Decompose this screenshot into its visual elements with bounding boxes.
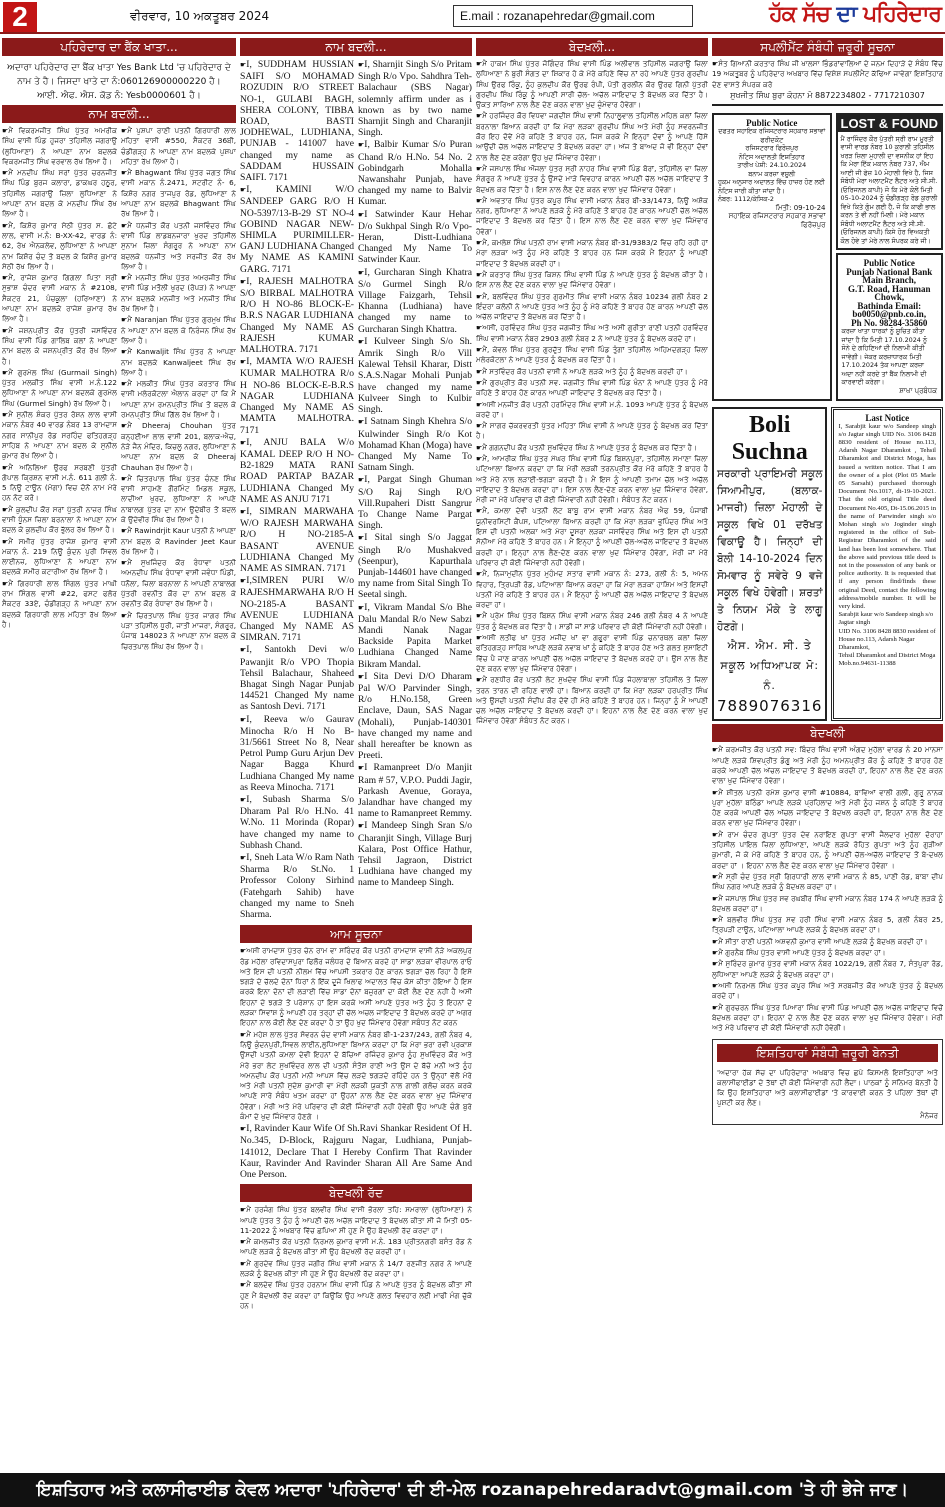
bank-phone: Ph No. 98284-35860 <box>842 319 938 328</box>
name-change-header-english: ਨਾਮ ਬਦਲੀ... <box>240 38 472 56</box>
list-item: I, RAJESH MALHOTRA S/O BIRBAL MALHOTRA R… <box>240 276 354 355</box>
name-change-right: ਮੈਂ ਪੁਸ਼ਪਾ ਰਾਣੀ ਪਤਨੀ ਗਿਰਧਾਰੀ ਲਾਲ ਮਹਿਤਾ ਵ… <box>121 126 236 653</box>
list-item: ਮੈਂ ਸਮੀਰ ਪੁੱਤਰ ਰਾਜੇਸ਼ ਕੁਮਾਰ ਵਾਸੀ ਮਕਾਨ ਨੰ… <box>2 537 117 578</box>
list-item: ਮੈਂ, ਕਮਲੇਸ਼ ਸਿੰਘ ਪਤਨੀ ਰਾਮ ਵਾਸੀ ਮਕਾਨ ਨੰਬਰ… <box>476 238 708 269</box>
english-name-change-listing: I, SUDDHAM HUSSIAN SAIFI S/O MOHAMAD ROZ… <box>240 59 472 921</box>
list-item: ਮੈਂ ਸੁਨੀਲ ਸ਼ੰਕਰ ਪੁੱਤਰ ਰੋਸ਼ਨ ਲਾਲ ਵਾਸੀ ਮਕਾ… <box>2 410 117 461</box>
eviction-cancel-header: ਬੇਦਖਲੀ ਰੱਦ <box>240 1184 472 1202</box>
public-notice-court: Public Notice ਦਫਤਰ ਸਹਾਇਕ ਰਜਿਸਟਰਾਰ ਸਹਕਾਰ … <box>712 113 832 402</box>
list-item: ਮੈਂ Dheeraj Chouhan ਪੁੱਤਰ ਕਨ੍ਹਈਆ ਲਾਲ ਵਾਸ… <box>121 421 236 472</box>
bank-line-1: ਅਦਾਰਾ ਪਹਿਰੇਦਾਰ ਦਾ ਬੈਂਕ ਖਾਤਾ Yes Bank Ltd… <box>5 61 233 89</box>
bank-account-info: ਅਦਾਰਾ ਪਹਿਰੇਦਾਰ ਦਾ ਬੈਂਕ ਖਾਤਾ Yes Bank Ltd… <box>2 59 236 105</box>
notice-line: ਦਫਤਰ ਸਹਾਇਕ ਰਜਿਸਟਰਾਰ ਸਹਕਾਰ ਸਭਾਵਾਂ ਫਰੀਦਕੋਟ <box>718 127 826 144</box>
list-item: I, Sharnjit Singh S/o Pritam Singh R/o V… <box>358 59 472 138</box>
list-item: I, Subash Sharma S/o Dharam Pal R/o H.No… <box>240 794 354 851</box>
bank-address: G.T. Road, Hanuman Chowk, <box>842 285 938 302</box>
list-item: ਮੈਂ, ਰਾਜੇਸ਼ ਕੁਮਾਰ ਗਿਗਲਾ ਪਿਤਾ ਸ੍ਰੀ ਸੁਭਾਸ਼… <box>2 273 117 324</box>
list-item: I, KAMINI W/O SANDEEP GARG R/O H NO-5397… <box>240 184 354 275</box>
page-number: 2 <box>3 2 37 32</box>
list-item: ਅਸੀਂ ਲਤੀਫ ਖਾਂ ਪੁੱਤਰ ਮਜੀਦ ਖਾਂ ਵਾ ਗਫੂਰਾ ਵਾ… <box>476 633 708 674</box>
list-item: ਮੈਂ ਮਨਜੀਤ ਸਿੰਘ ਪੁੱਤਰ ਅਮਰਜੀਤ ਸਿੰਘ ਵਾਸੀ ਪਿ… <box>121 273 236 314</box>
lost-found-title: LOST & FOUND <box>838 115 942 132</box>
column-2: ਨਾਮ ਬਦਲੀ... I, SUDDHAM HUSSIAN SAIFI S/O… <box>240 38 472 1469</box>
supplement-text: ਸੰਤ ਗਿਆਨੀ ਕਰਤਾਰ ਸਿੰਘ ਜੀ ਖਾਲਸਾ ਭਿੰਡਰਾਂਵਾਲ… <box>712 59 943 90</box>
list-item: ਮੈਂ ਸ਼ੀਤਲ ਪਤਨੀ ਰਮੇਸ਼ ਕੁਮਾਰ ਵਾਸੀ #10884, … <box>712 788 943 829</box>
list-item: ਮੈਂ ਗੁਰਦੇਵ ਸਿੰਘ ਪੁੱਤਰ ਜਗੀਰ ਸਿੰਘ ਵਾਸੀ ਮਕਾ… <box>240 1259 472 1280</box>
list-item: ਅਸੀਂ ਮਨਜੀਤ ਕੌਰ ਪਤਨੀ ਹਰਮਿੰਦਰ ਸਿੰਘ ਵਾਸੀ ਮ.… <box>476 400 708 421</box>
issue-date: ਵੀਰਵਾਰ, 10 ਅਕਤੂਬਰ 2024 <box>130 9 269 24</box>
list-item: ਮੈਂ, ਕਮਲਾ ਦੇਵੀ ਪਤਨੀ ਲੇਟ ਬਾਬੂ ਰਾਮ ਵਾਸੀ ਮਕ… <box>476 506 708 568</box>
english-right: I, Sharnjit Singh S/o Pritam Singh R/o V… <box>358 59 472 921</box>
column-3: ਬੇਦਖ਼ਲੀ... ਮੈਂ ਹਾਕਮ ਸਿੰਘ ਪੁੱਤਰ ਜੋਗਿੰਦਰ ਸ… <box>476 38 708 1469</box>
list-item: I, Balbir Kumar S/o Puran Chand R/o H.No… <box>358 139 472 207</box>
list-item: ਮੈਂ ਮਨਦੀਪ ਸਿੰਘ ਸਰਾਂ ਪੁੱਤਰ ਚਰਨਜੀਤ ਸਿੰਘ ਪਿ… <box>2 168 117 219</box>
boli-body: ਸਰਕਾਰੀ ਪ੍ਰਾਇਮਰੀ ਸਕੂਲ ਸਿਆਮੀਪੁਰ, (ਬਲਾਕ-ਮਾਜ… <box>717 466 822 636</box>
list-item: ਮੈਂ ਬਲਦੇਵ ਸਿੰਘ ਪੁੱਤਰ ਹਰਨਾਮ ਸਿੰਘ ਵਾਸੀ ਪਿੰ… <box>240 1280 472 1311</box>
bank-name: Punjab National Bank Main Branch, <box>842 268 938 285</box>
notice-footer-line: Sarabjit kaur w/o Sandeep singh s/o Jagt… <box>838 611 936 627</box>
list-item: ਮੈਂ ਗੁਰਮੇਲ ਸਿੰਘ (Gurmail Singh) ਪੁੱਤਰ ਮਲ… <box>2 368 117 409</box>
list-item: I, SIMRAN MARWAHA W/O RAJESH MARWAHA R/O… <box>240 506 354 574</box>
list-item: ਮੈਂ ਚਿਰਤਪਾਲ ਸਿੰਘ ਪੁੱਤਰ ਜਾਗਰ ਸਿੰਘ ਪੜਾ ਤਹਿ… <box>121 611 236 652</box>
newspaper-logo: ਹੱਕ ਸੱਚ ਦਾ ਪਹਿਰੇਦਾਰ <box>769 2 941 27</box>
list-item: I, SUDDHAM HUSSIAN SAIFI S/O MOHAMAD ROZ… <box>240 59 354 183</box>
list-item: I Sita Devi D/O Dharam Pal W/O Parvinder… <box>358 671 472 762</box>
advertisement-disclaimer: ਇਸ਼ਤਿਹਾਰਾਂ ਸੰਬੰਧੀ ਜ਼ਰੂਰੀ ਬੇਨਤੀ 'ਅਦਾਰਾ ਹੱ… <box>712 1039 943 1125</box>
list-item: ਅਸੀਂ ਰਾਮਦਾਸ ਪੁੱਤਰ ਚੇਨ ਰਾਮ ਵਾ ਸਰਿੰਦਰ ਕੌਰ … <box>240 946 472 1028</box>
lost-and-found: LOST & FOUND ਮੈਂ ਰਾਜਿੰਦਰ ਕੌਰ ਪੁੱਤਰੀ ਸ੍ਰੀ… <box>836 113 944 251</box>
name-change-listing: ਮੈਂ ਵਿਕਰਮਜੀਤ ਸਿੰਘ ਪੁੱਤਰ ਅਮਰੀਕ ਸਿੰਘ ਵਾਸੀ … <box>2 126 236 653</box>
list-item: ਮੈਂ ਸੁਖਜਿੰਦਰ ਕੌਰ ਰੰਧਾਵਾ ਪਤਨੀ ਅਮਨਦੀਪ ਸਿੰਘ… <box>121 558 236 609</box>
list-item: ਮੈਂ ਹਰਜੰਗ ਸਿੰਘ ਪੁੱਤਰ ਬਲਵੀਰ ਸਿੰਘ ਵਾਸੀ ਭੋਰ… <box>240 1205 472 1236</box>
notice-dated: ਮਿਤੀ: 09-10-24 <box>718 204 826 213</box>
bank-account-header: ਪਹਿਰੇਦਾਰ ਦਾ ਬੈਂਕ ਖਾਤਾ... <box>2 38 236 56</box>
notice-line: ਨੋਟਿਸ ਅਦਾਲਤੀ ਇਸ਼ਤਿਹਾਰ <box>718 153 826 162</box>
notice-line: ਬਨਾਮ ਕਰਜ਼ਾ ਵਸੂਲੀ <box>718 170 826 179</box>
public-notice-bank: Public Notice Punjab National Bank Main … <box>836 253 944 401</box>
disclaimer-signature: ਮੈਨੇਜਰ <box>713 1112 942 1124</box>
list-item: ਮੈਂ ਰਾਮ ਚੰਦਰ ਗੁਪਤਾ ਪੁੱਤਰ ਦੇਵ ਨਰਾਇਣ ਗੁਪਤਾ… <box>712 830 943 871</box>
list-item: I Satwinder Kaur Hehar D/o Sukhpal Singh… <box>358 209 472 266</box>
list-item: ਮੈਂ ਜਸਪਾਲ ਸਿੰਘ ਔਜਲਾ ਪੁੱਤਰ ਸ੍ਰੀ ਨਾਹਰ ਸਿੰਘ… <box>476 164 708 195</box>
list-item: ਮੈਂ ਪ੍ਰੇਮ ਸਿੰਘ ਪੁੱਤਰ ਬਿਸ਼ਨ ਸਿੰਘ ਵਾਸੀ ਮਕਾ… <box>476 611 708 632</box>
list-item: ਮੈਂ ਧਨਜੀਤ ਕੌਰ ਪਤਨੀ ਜਸਵਿੰਦਰ ਸਿੰਘ ਵਾਸੀ ਪਿੰ… <box>121 221 236 272</box>
list-item: I Sital singh S/o Jaggat Singh R/o Musha… <box>358 532 472 600</box>
list-item: ਮੈਂ, ਨਿਜਾਮੁਦੀਨ ਪੁੱਤਰ ਮੁਹੰਮਦ ਸਤਾਰ ਵਾਸੀ ਮਕ… <box>476 569 708 610</box>
list-item: ਮੈਂ ਸ੍ਰੀ ਚੰਦ ਪੁੱਤਰ ਸ੍ਰੀ ਗਿਰਧਾਰੀ ਲਾਲ ਵਾਸੀ… <box>712 872 943 893</box>
public-notice-header: ਆਮ ਸੂਚਨਾ <box>240 925 472 943</box>
list-item: I Satnam Singh Khehra S/o Kulwinder Sing… <box>358 416 472 473</box>
boli-title: Boli Suchna <box>717 412 822 466</box>
supplement-header: ਸਪਲੀਮੈਂਟ ਸੰਬੰਧੀ ਜ਼ਰੂਰੀ ਸੂਚਨਾ <box>712 38 943 56</box>
list-item: I, Santokh Devi w/o Pawanjit R/o VPO Tho… <box>240 644 354 712</box>
list-item: ਮੈਂ ਗੁਰਪ੍ਰੀਤ ਕੌਰ ਪਤਨੀ ਸਵ. ਜਗਜੀਤ ਸਿੰਘ ਵਾਸ… <box>476 378 708 399</box>
column-1: ਪਹਿਰੇਦਾਰ ਦਾ ਬੈਂਕ ਖਾਤਾ... ਅਦਾਰਾ ਪਹਿਰੇਦਾਰ … <box>2 38 236 1469</box>
list-item: ਮੈਂ Rawindrjit Kaur ਪਤਨੀ ਨੇ ਆਪਣਾ ਨਾਮ ਬਦਲ… <box>121 526 236 557</box>
list-item: ਮੈਂ, ਕਿਸ਼ੋਰ ਕੁਮਾਰ ਸੇਠੀ ਪੁੱਤਰ ਸ. ਛੋਟੇ ਲਾਲ… <box>2 221 117 272</box>
bank-line-2: ਆਈ. ਐਫ. ਐਸ. ਕੋਡ ਨੰ: Yesb0000601 ਹੈ। <box>5 89 233 103</box>
notice-footer-line: UID No. 3106 8428 8830 resident of House… <box>838 628 936 653</box>
list-item: ਅਸੀਂ ਨਿਰਮਲ ਸਿੰਘ ਪੁੱਤਰ ਕਪੂਰ ਸਿੰਘ ਅਤੇ ਸਰਬਜ… <box>712 981 943 1002</box>
list-item: ਮੈਂ ਕਮਲਜੀਤ ਕੌਰ ਪਤਨੀ ਨਿਰਮਲ ਕੁਮਾਰ ਵਾਸੀ ਮ.ਨ… <box>240 1237 472 1258</box>
notice-title: Last Notice <box>838 414 936 422</box>
notice-title: Public Notice <box>718 119 826 128</box>
list-item: ਮੈਂ ਚਿਤਰਪਾਲ ਸਿੰਘ ਪੁੱਤਰ ਚੰਨਣ ਸਿੰਘ ਵਾਸੀ ਸਾ… <box>121 474 236 525</box>
list-item: ਮੈਂ ਕੁਲਦੀਪ ਕੌਰ ਸਰਾਂ ਪੁੱਤਰੀ ਨਾਜ਼ਰ ਸਿੰਘ ਵਾ… <box>2 505 117 536</box>
list-item: ਮੈਂ ਗੁਰਚਰਨ ਸਿੰਘ ਪੁੱਤਰ ਪਿਆਰਾ ਸਿੰਘ ਵਾਸੀ ਪਿ… <box>712 1003 943 1034</box>
supplement-contact: ਸੁਖਜੀਤ ਸਿੰਘ ਬੁਰਾ ਕੋਹਨਾ ਮੋ 8872234802 - 7… <box>712 91 943 106</box>
list-item: ਮੈਂ ਸੁਰਿੰਦਰ ਕੁਮਾਰ ਪੁੱਤਰ ਵਾਸੀ ਮਕਾਨ ਨੰਬਰ 1… <box>712 959 943 980</box>
boli-phone: 7889076316 <box>717 696 822 716</box>
logo-mid: ਦਾ <box>837 2 857 27</box>
logo-right: ਪਹਿਰੇਦਾਰ <box>863 2 941 27</box>
list-item: ਮੈਂ, ਕੇਵਲ ਸਿੰਘ ਪੁੱਤਰ ਗੁਰਦੁੱਤ ਸਿੰਘ ਵਾਸੀ ਪ… <box>476 345 708 366</box>
list-item: ਮੈਂ ਜਸਪਾਲ ਸਿੰਘ ਪੁੱਤਰ ਸਵ ਰਘਬੀਰ ਸਿੰਘ ਵਾਸੀ … <box>712 894 943 915</box>
list-item: ਮੈਂ ਹਰਜਿੰਦਰ ਕੌਰ ਵਿਧਵਾ ਜਗਦੀਸ਼ ਸਿੰਘ ਵਾਸੀ ਨ… <box>476 111 708 162</box>
notice-body: ਕਰਜ਼ਾ ਖਾਤਾ ਧਾਰਕਾਂ ਨੂੰ ਸੂਚਿਤ ਕੀਤਾ ਜਾਂਦਾ ਹ… <box>842 327 938 387</box>
boli-suchna-notice: Boli Suchna ਸਰਕਾਰੀ ਪ੍ਰਾਇਮਰੀ ਸਕੂਲ ਸਿਆਮੀਪੁ… <box>712 407 827 721</box>
masthead-email[interactable]: E.mail : rozanapehredar@gmail.com <box>453 5 693 27</box>
notice-signature: ਸ਼ਾਖਾ ਪ੍ਰਬੰਧਕ <box>842 387 938 396</box>
list-item: I,SIMREN PURI W/o RAJESHMARWAHA R/O H NO… <box>240 575 354 643</box>
list-item: ਮੈਂ Bhagwant ਸਿੰਘ ਪੁੱਤਰ ਜਗਤ ਸਿੰਘ ਵਾਸੀ ਮਕ… <box>121 168 236 219</box>
english-left: I, SUDDHAM HUSSIAN SAIFI S/O MOHAMAD ROZ… <box>240 59 354 921</box>
list-item: I, Gurcharan Singh Khatra S/o Gurmel Sin… <box>358 267 472 335</box>
list-item: ਅਸੀਂ, ਹਰਵਿੰਦਰ ਸਿੰਘ ਪੁੱਤਰ ਜਗਜੀਤ ਸਿੰਘ ਅਤੇ … <box>476 323 708 344</box>
list-item: ਮੈਂ ਪੁਸ਼ਪਾ ਰਾਣੀ ਪਤਨੀ ਗਿਰਧਾਰੀ ਲਾਲ ਮਹਿਤਾ ਵ… <box>121 126 236 167</box>
list-item: I, Pargat Singh Ghuman S/O Raj Singh R/O… <box>358 474 472 531</box>
column-4: ਸਪਲੀਮੈਂਟ ਸੰਬੰਧੀ ਜ਼ਰੂਰੀ ਸੂਚਨਾ ਸੰਤ ਗਿਆਨੀ ਕ… <box>712 38 943 1469</box>
boli-signatory: ਐਸ. ਐਮ. ਸੀ. ਤੇ ਸਕੂਲ ਅਧਿਆਪਕ ਮੋ: ਨੰ. <box>717 636 822 696</box>
list-item: ਮੈਂ ਹਾਕਮ ਸਿੰਘ ਪੁੱਤਰ ਜੋਗਿੰਦਰ ਸਿੰਘ ਵਾਸੀ ਪਿ… <box>476 59 708 110</box>
list-item: ਮੈਂ, ਬਲਵਿੰਦਰ ਸਿੰਘ ਪੁੱਤਰ ਗੁਰਮੀਤ ਸਿੰਘ ਵਾਸੀ… <box>476 292 708 323</box>
list-item: ਮੈਂ ਗਿਰਧਾਰੀ ਲਾਲ ਸਿੰਗਲ ਪੁੱਤਰ ਮਾਘੀ ਰਾਮ ਸਿੰ… <box>2 579 117 630</box>
list-item: ਮੈਂ ਕਰਤਾਰ ਸਿੰਘ ਪੁੱਤਰ ਕਿਸ਼ਨ ਸਿੰਘ ਵਾਸੀ ਪਿੰ… <box>476 270 708 291</box>
list-item: ਮੈਂ ਰਣਧੀਰ ਕੌਰ ਪਤਨੀ ਲੇਟ ਸੁਖਦੇਵ ਸਿੰਘ ਵਾਸੀ … <box>476 675 708 726</box>
list-item: ਮੈਂ ਗੁਰਨੈਬ ਸਿੰਘ ਪੁੱਤਰ ਵਾਸੀ ਆਪਣੇ ਪੁੱਤਰ ਨੂ… <box>712 948 943 958</box>
disclaimer-text: 'ਅਦਾਰਾ ਹੱਕ ਸੱਚ ਦਾ ਪਹਿਰੇਦਾਰ' ਅਖ਼ਬਾਰ ਵਿਚ ਛ… <box>713 1066 942 1112</box>
list-item: ਮੈਂ ਮਲਕੀਤ ਸਿੰਘ ਪੁੱਤਰ ਕਰਤਾਰ ਸਿੰਘ ਵਾਸੀ ਮਲੇ… <box>121 379 236 420</box>
last-notice: Last Notice I, Sarabjit kaur w/o Sandeep… <box>831 407 943 721</box>
disclaimer-header: ਇਸ਼ਤਿਹਾਰਾਂ ਸੰਬੰਧੀ ਜ਼ਰੂਰੀ ਬੇਨਤੀ <box>717 1044 938 1062</box>
list-item: I, Vikram Mandal S/o Bhe Dalu Mandal R/o… <box>358 602 472 670</box>
notice-line: ਰਜਿਸਟਰਾਰ ਫਿਰੋਜ਼ਪੁਰ <box>718 144 826 153</box>
notice-footer-line: Tehsil Dharamkot and District Moga <box>838 652 936 660</box>
notice-signatory: ਸਹਾਇਕ ਰਜਿਸਟਰਾਰ ਸਹਕਾਰ ਸਭਾਵਾਂ ਫਿਰੋਜ਼ਪੁਰ <box>718 212 826 229</box>
list-item: I, Reeva w/o Gaurav Minocha R/o H No B-3… <box>240 714 354 793</box>
footer-banner: ਇਸ਼ਤਿਹਾਰ ਅਤੇ ਕਲਾਸੀਫਾਈਡ ਕੇਵਲ ਅਦਾਰਾ 'ਪਹਿਰੇ… <box>0 1473 945 1507</box>
list-item: ਮੈਂ ਅਵਤਾਰ ਸਿੰਘ ਪੁੱਤਰ ਕਪੂਰ ਸਿੰਘ ਵਾਸੀ ਮਕਾਨ… <box>476 196 708 237</box>
notice-body: I, Sarabjit kaur w/o Sandeep singh s/o J… <box>838 423 936 612</box>
eviction-header: ਬੇਦਖ਼ਲੀ... <box>476 38 708 56</box>
list-item: ਮੈਂ ਕਰਮਜੀਤ ਕੌਰ ਪਤਨੀ ਸਵ: ਬਿੰਦਰ ਸਿੰਘ ਵਾਸੀ … <box>712 745 943 786</box>
list-item: ਮੈਂ Naranjan ਸਿੰਘ ਪੁੱਤਰ ਗੁਰਮੁਖ ਸਿੰਘ ਨੇ ਆ… <box>121 315 236 346</box>
list-item: I Kulveer Singh S/o Sh. Amrik Singh R/o … <box>358 336 472 415</box>
list-item: ਮੈਂ, ਆਮਰੀਕ ਸਿੰਘ ਪੁੱਤਰ ਮੱਘਰ ਸਿੰਘ ਵਾਸੀ ਪਿੰ… <box>476 454 708 505</box>
list-item: ਮੈਂ ਗਗਨਦੀਪ ਕੌਰ ਪਤਨੀ ਸੁਖਵਿੰਦਰ ਸਿੰਘ ਨੇ ਆਪਣ… <box>476 443 708 453</box>
list-item: ਮੈਂ ਜਸ਼ਨਪ੍ਰੀਤ ਕੌਰ ਪੁੱਤਰੀ ਜਸਵਿੰਦਰ ਸਿੰਘ ਵਾ… <box>2 326 117 367</box>
list-item: ਮੈਂ Kanwaljit ਸਿੰਘ ਪੁੱਤਰ ਨੇ ਆਪਣਾ ਨਾਮ ਬਦਲ… <box>121 347 236 378</box>
name-change-left: ਮੈਂ ਵਿਕਰਮਜੀਤ ਸਿੰਘ ਪੁੱਤਰ ਅਮਰੀਕ ਸਿੰਘ ਵਾਸੀ … <box>2 126 117 653</box>
list-item: ਮੈਂ ਸਾਗਰ ਚੱਕਰਵਰਤੀ ਪੁੱਤਰ ਮਹਿਤਾ ਸਿੰਘ ਵਾਸੀ … <box>476 421 708 442</box>
list-item: I, Ravinder Kaur Wife Of Sh.Ravi Shankar… <box>240 1123 472 1180</box>
right-notices: LOST & FOUND ਮੈਂ ਰਾਜਿੰਦਰ ਕੌਰ ਪੁੱਤਰੀ ਸ੍ਰੀ… <box>836 110 944 405</box>
name-change-header: ਨਾਮ ਬਦਲੀ... <box>2 105 236 123</box>
list-item: ਮੈਂ ਵਿਕਰਮਜੀਤ ਸਿੰਘ ਪੁੱਤਰ ਅਮਰੀਕ ਸਿੰਘ ਵਾਸੀ … <box>2 126 117 167</box>
logo-left: ਹੱਕ ਸੱਚ <box>769 2 830 27</box>
lost-found-text: ਮੈਂ ਰਾਜਿੰਦਰ ਕੌਰ ਪੁੱਤਰੀ ਸ੍ਰੀ ਰਾਮ ਮੂਰਤੀ ਵਾ… <box>838 132 942 249</box>
list-item: I Mandeep Singh Sran S/o Charanjit Singh… <box>358 820 472 888</box>
notice-body: ਹੁਕਮ ਅਨੁਸਾਰ ਅਦਾਲਤ ਵਿੱਚ ਹਾਜ਼ਰ ਹੋਣ ਲਈ ਨੋਟਿ… <box>718 178 826 195</box>
notice-date: ਤਾਰੀਖ ਪੇਸ਼ੀ: 24.10.2024 <box>718 161 826 170</box>
notice-number: ਨੰਬਰ: 1112/ਕੇਸਿਕ-2 <box>718 195 826 204</box>
list-item: ਮੈਂ ਸਤਵਿੰਦਰ ਕੌਰ ਪਤਨੀ ਵਾਸੀ ਨੇ ਆਪਣੇ ਲੜਕੇ ਅ… <box>476 367 708 377</box>
list-item: ਮੈਂ ਮਹੇਸ਼ ਲਾਲ ਪੁੱਤਰ ਸੋਵਰਨ ਚੰਦ ਵਾਸੀ ਮਕਾਨ … <box>240 1030 472 1123</box>
eviction-header-2: ਬੇਦਖਲੀ <box>712 724 943 742</box>
list-item: I Ramanpreet D/o Manjit Ram # 57, V.P.O.… <box>358 762 472 819</box>
list-item: I, ANJU BALA W/o KAMAL DEEP R/O H NO-B2-… <box>240 437 354 505</box>
masthead: 2 ਵੀਰਵਾਰ, 10 ਅਕਤੂਬਰ 2024 E.mail : rozana… <box>0 0 945 34</box>
notice-mobile: Mob.no.94631-11388 <box>838 660 936 668</box>
bank-email: Bathinda Email: bo0050@pnb.co.in, <box>842 302 938 319</box>
list-item: ਮੈਂ ਸੀਤਾ ਰਾਣੀ ਪਤਨੀ ਅਸ਼ਵਨੀ ਕੁਮਾਰ ਵਾਸੀ ਆਪਣ… <box>712 937 943 947</box>
list-item: I, MAMTA W/O RAJESH KUMAR MALHOTRA R/o H… <box>240 356 354 435</box>
list-item: I, Sneh Lata W/o Ram Nath Sharma R/o St.… <box>240 852 354 920</box>
list-item: ਮੈਂ ਅਨਿਲਿਆ ਉਰਫ ਸਰਬਣੀ ਪੁੱਤਰੀ ਗੋਪਾਲ ਕ੍ਰਿਸ਼… <box>2 463 117 504</box>
list-item: ਮੈਂ ਬਲਵੀਰ ਸਿੰਘ ਪੁੱਤਰ ਸਵ ਹਰੀ ਸਿੰਘ ਵਾਸੀ ਮਕ… <box>712 915 943 936</box>
